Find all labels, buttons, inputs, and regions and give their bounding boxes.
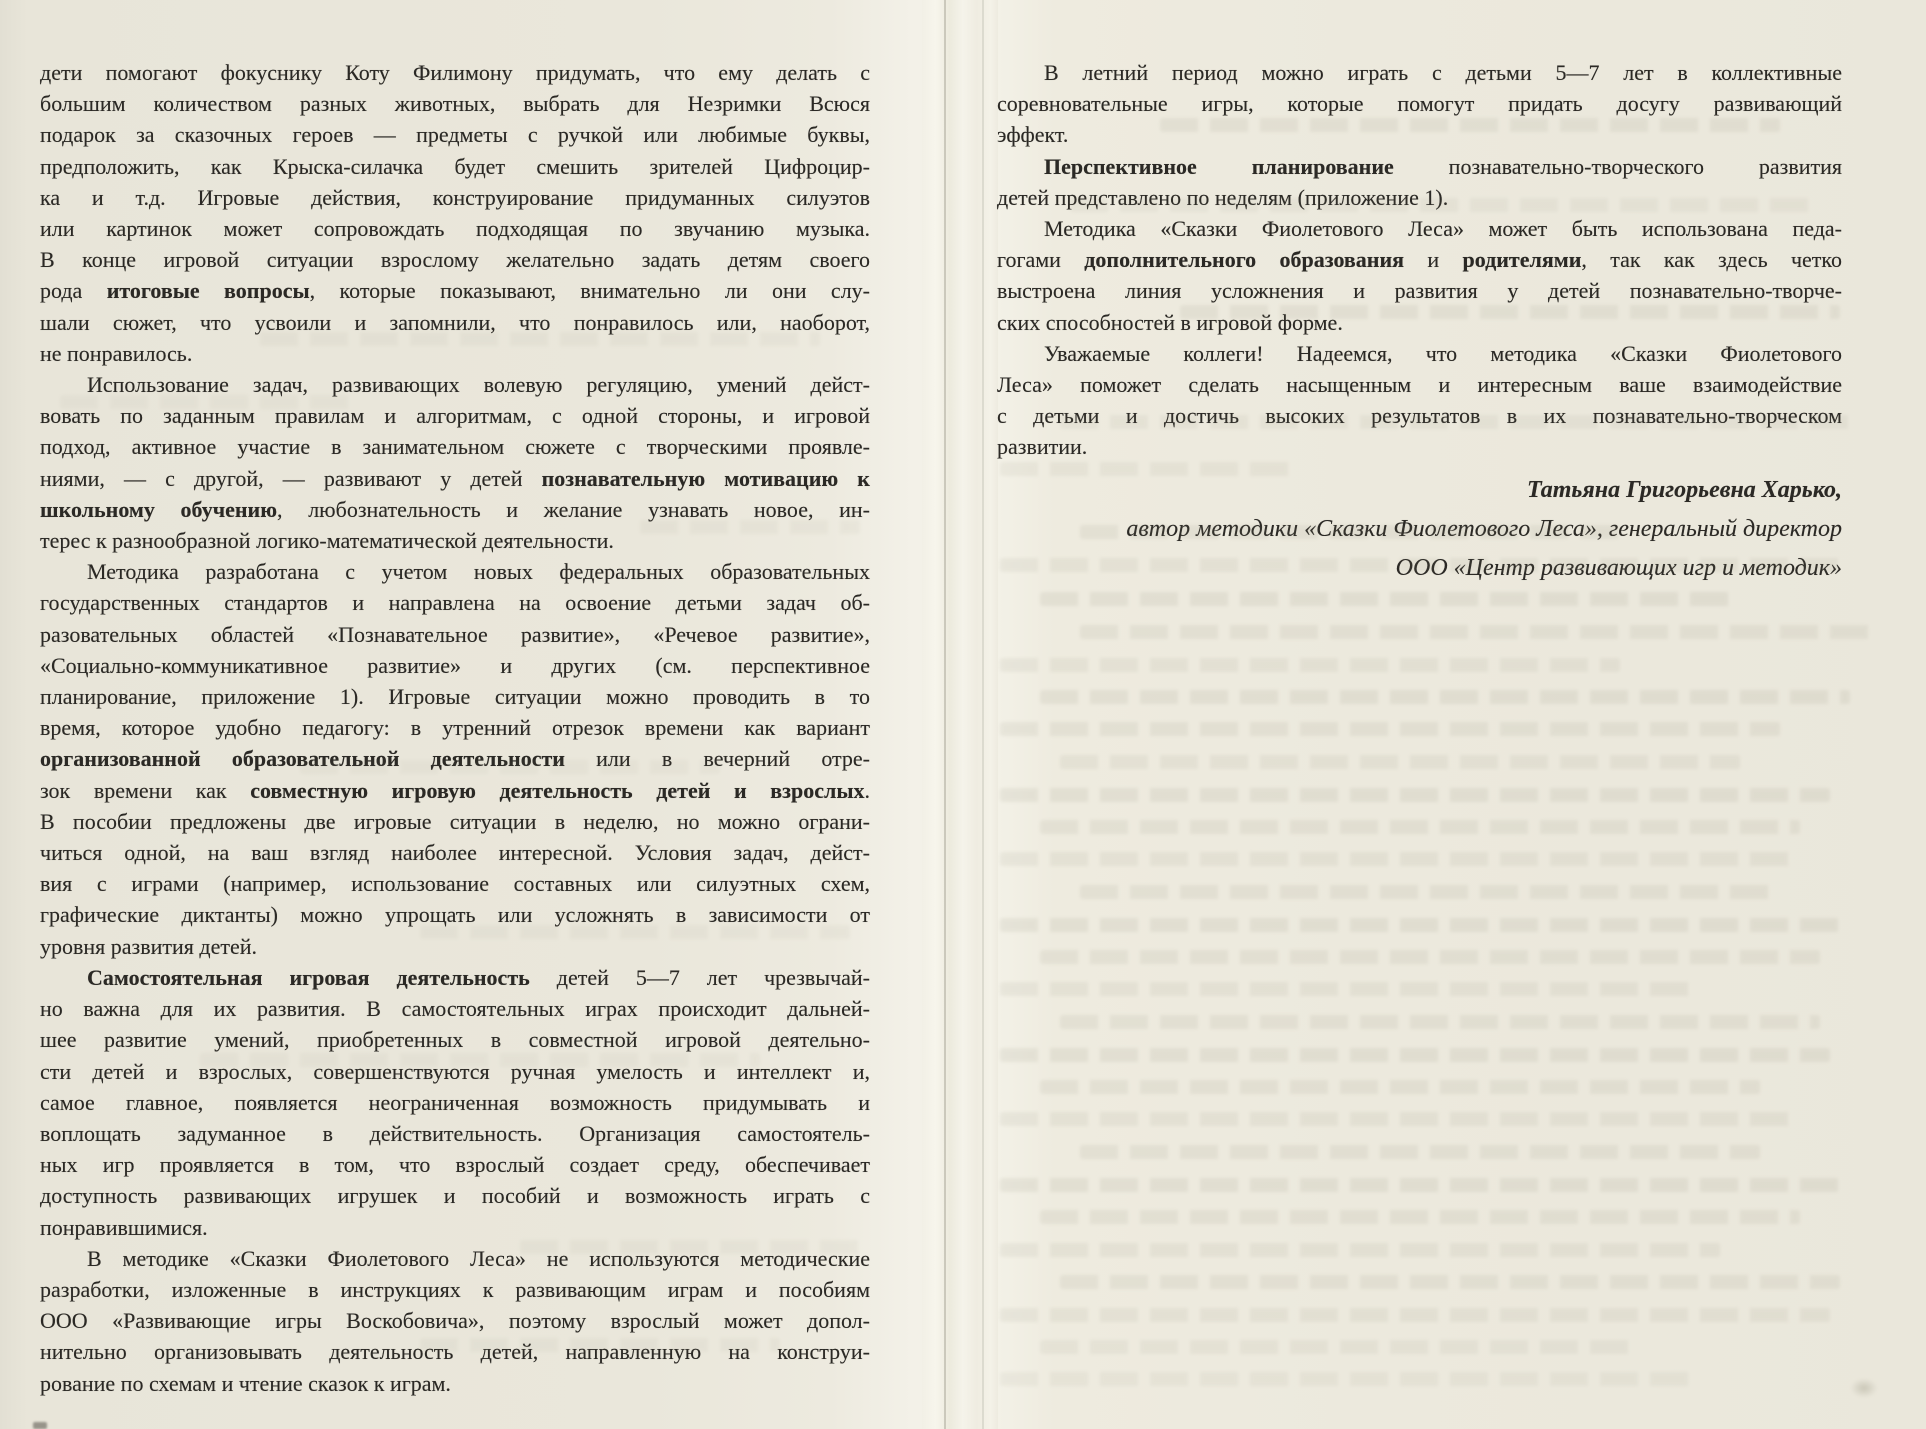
text-line: ка и т.д. Игровые действия, конструирова… [40, 182, 870, 213]
author-signature-block: Татьяна Григорьевна Харько, автор методи… [997, 471, 1842, 588]
text-line: доступность развивающих игрушек и пособи… [40, 1180, 870, 1211]
text-line: Самостоятельная игровая деятельность дет… [40, 962, 870, 993]
text-line: или картинок может сопровождать подходящ… [40, 213, 870, 244]
text-line: но важна для их развития. В самостоятель… [40, 993, 870, 1024]
text-line: государственных стандартов и направлена … [40, 587, 870, 618]
text-line: планирование, приложение 1). Игровые сит… [40, 681, 870, 712]
text-line: рование по схемам и чтение сказок к игра… [40, 1368, 870, 1399]
text-line: детей представлено по неделям (приложени… [997, 182, 1842, 213]
text-line: разовательных областей «Познавательное р… [40, 619, 870, 650]
text-line: ниями, — с другой, — развивают у детей п… [40, 463, 870, 494]
text-line: Методика «Сказки Фиолетового Леса» может… [997, 213, 1842, 244]
text-line: уровня развития детей. [40, 931, 870, 962]
text-line: предположить, как Крыска-силачка будет с… [40, 151, 870, 182]
text-line: подход, активное участие в занимательном… [40, 431, 870, 462]
text-line: Леса» поможет сделать насыщенным и интер… [997, 369, 1842, 400]
text-line: шее развитие умений, приобретенных в сов… [40, 1024, 870, 1055]
text-line: подарок за сказочных героев — предметы с… [40, 119, 870, 150]
text-line: Уважаемые коллеги! Надеемся, что методик… [997, 338, 1842, 369]
text-line: выстроена линия усложнения и развития у … [997, 275, 1842, 306]
text-line: В пособии предложены две игровые ситуаци… [40, 806, 870, 837]
text-line: время, которое удобно педагогу: в утренн… [40, 712, 870, 743]
text-line: разработки, изложенные в инструкциях к р… [40, 1274, 870, 1305]
text-line: сти детей и взрослых, совершенствуются р… [40, 1056, 870, 1087]
text-line: гогами дополнительного образования и род… [997, 244, 1842, 275]
author-role: автор методики «Сказки Фиолетового Леса»… [997, 510, 1842, 549]
page-gutter [922, 0, 998, 1429]
book-scan: дети помогают фокуснику Коту Филимону пр… [0, 0, 1926, 1429]
text-line: Методика разработана с учетом новых феде… [40, 556, 870, 587]
text-line: школьному обучению, любознательность и ж… [40, 494, 870, 525]
right-page-text-column: В летний период можно играть с детьми 5—… [997, 57, 1842, 463]
text-line: Перспективное планирование познавательно… [997, 151, 1842, 182]
text-line: графические диктанты) можно упрощать или… [40, 899, 870, 930]
text-line: В методике «Сказки Фиолетового Леса» не … [40, 1243, 870, 1274]
text-line: воплощать задуманное в действительность.… [40, 1118, 870, 1149]
text-line: соревновательные игры, которые помогут п… [997, 88, 1842, 119]
text-line: с детьми и достичь высоких результатов в… [997, 400, 1842, 431]
text-line: Использование задач, развивающих волевую… [40, 369, 870, 400]
text-line: зок времени как совместную игровую деяте… [40, 775, 870, 806]
text-line: нительно организовывать деятельность дет… [40, 1336, 870, 1367]
text-line: ООО «Развивающие игры Воскобовича», поэт… [40, 1305, 870, 1336]
text-line: «Социально-коммуникативное развитие» и д… [40, 650, 870, 681]
left-page-text-column: дети помогают фокуснику Коту Филимону пр… [40, 57, 870, 1399]
text-line: понравившимися. [40, 1212, 870, 1243]
text-line: вовать по заданным правилам и алгоритмам… [40, 400, 870, 431]
text-line: большим количеством разных животных, выб… [40, 88, 870, 119]
text-line: В конце игровой ситуации взрослому желат… [40, 244, 870, 275]
text-line: развитии. [997, 431, 1842, 462]
text-line: рода итоговые вопросы, которые показываю… [40, 275, 870, 306]
text-line: организованной образовательной деятельно… [40, 743, 870, 774]
page-number-bleed-smudge [1850, 1378, 1878, 1398]
text-line: шали сюжет, что усвоили и запомнили, что… [40, 307, 870, 338]
text-line: читься одной, на ваш взгляд наиболее инт… [40, 837, 870, 868]
text-line: эффект. [997, 119, 1842, 150]
text-line: дети помогают фокуснику Коту Филимону пр… [40, 57, 870, 88]
text-line: ных игр проявляется в том, что взрослый … [40, 1149, 870, 1180]
bottom-edge-mark [33, 1422, 47, 1429]
text-line: самое главное, появляется неограниченная… [40, 1087, 870, 1118]
text-line: не понравилось. [40, 338, 870, 369]
text-line: В летний период можно играть с детьми 5—… [997, 57, 1842, 88]
text-line: вия с играми (например, использование со… [40, 868, 870, 899]
author-name: Татьяна Григорьевна Харько, [997, 471, 1842, 510]
author-company: ООО «Центр развивающих игр и методик» [997, 549, 1842, 588]
text-line: терес к разнообразной логико-математичес… [40, 525, 870, 556]
text-line: ских способностей в игровой форме. [997, 307, 1842, 338]
